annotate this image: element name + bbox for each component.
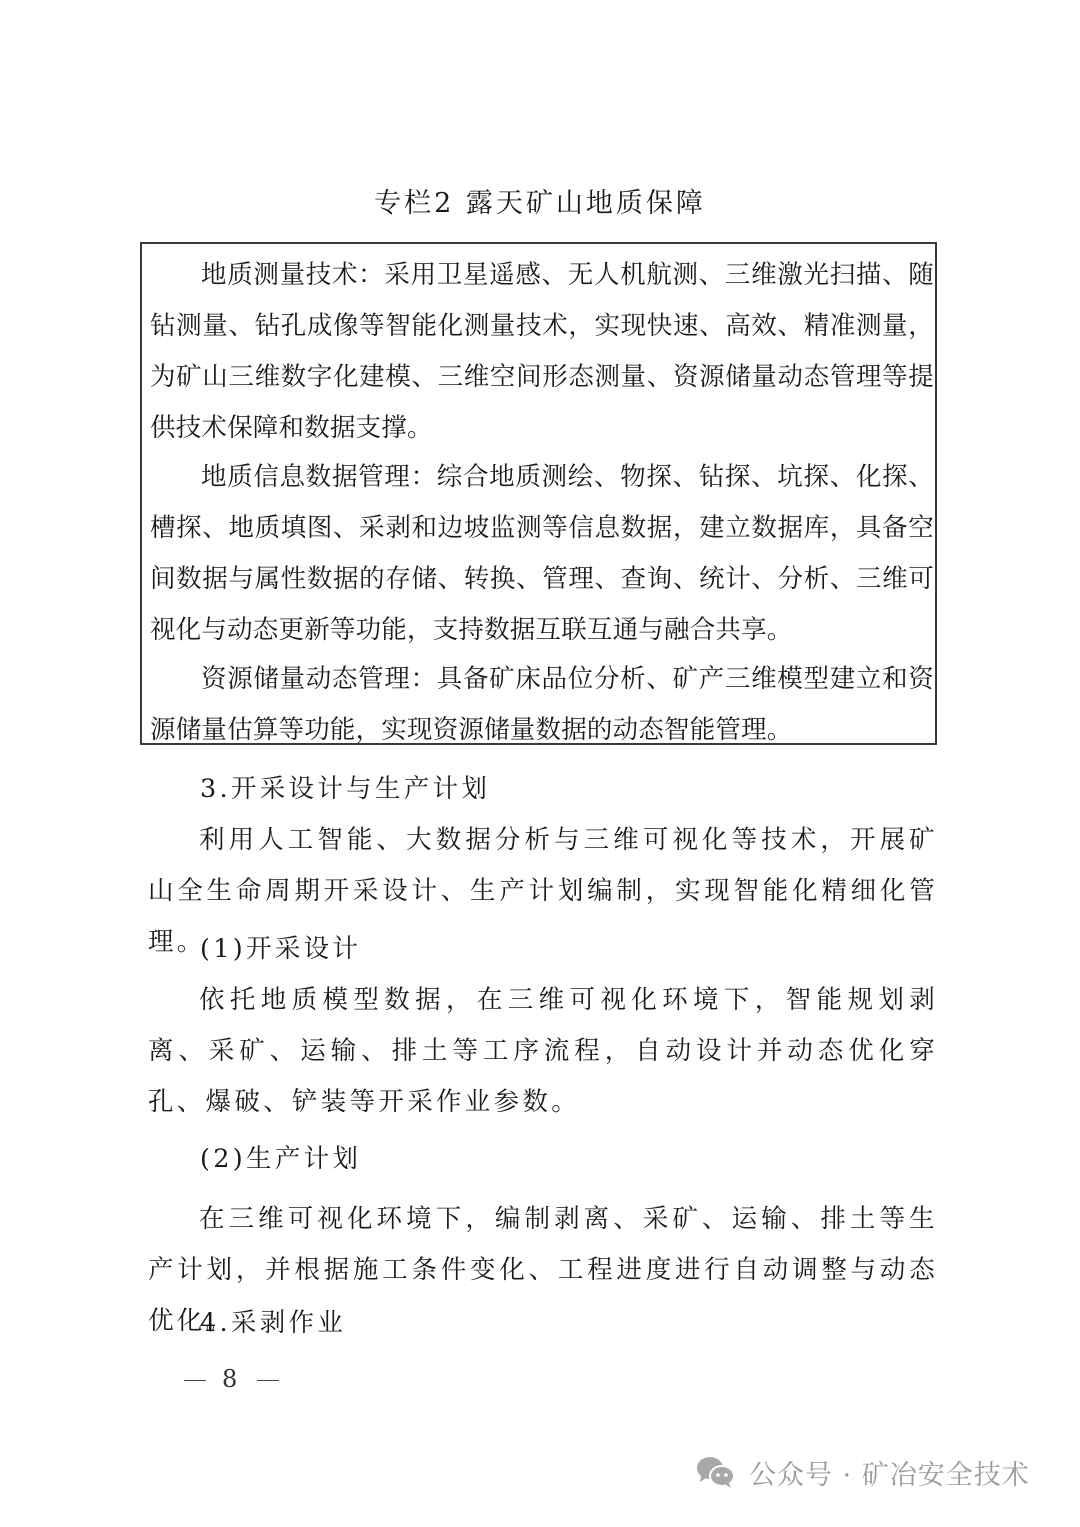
dash-right <box>257 1380 279 1381</box>
watermark-text: 公众号 · 矿冶安全技术 <box>749 1453 1030 1492</box>
dash-left <box>184 1380 206 1381</box>
column-title: 专栏2 露天矿山地质保障 <box>0 184 1080 224</box>
box-paragraph-geological-survey: 地质测量技术：采用卫星遥感、无人机航测、三维激光扫描、随钻测量、钻孔成像等智能化… <box>150 250 934 454</box>
box-paragraph-reserve-management: 资源储量动态管理：具备矿床品位分析、矿产三维模型建立和资源储量估算等功能，实现资… <box>150 654 934 756</box>
subsection-1-text: 依托地质模型数据，在三维可视化环境下，智能规划剥离、采矿、运输、排土等工序流程，… <box>148 975 938 1128</box>
subsection-2-heading: (2)生产计划 <box>200 1134 900 1185</box>
page-number: 8 <box>168 1364 295 1394</box>
box-paragraph-geological-data-management: 地质信息数据管理：综合地质测绘、物探、钻探、坑探、化探、槽探、地质填图、采剥和边… <box>150 452 934 656</box>
section-3-heading: 3.开采设计与生产计划 <box>200 764 900 815</box>
page-number-value: 8 <box>222 1365 241 1393</box>
column-box: 地质测量技术：采用卫星遥感、无人机航测、三维激光扫描、随钻测量、钻孔成像等智能化… <box>140 242 937 745</box>
section-4-heading: 4.采剥作业 <box>200 1298 900 1349</box>
wechat-icon <box>695 1454 737 1490</box>
watermark: 公众号 · 矿冶安全技术 <box>695 1452 1030 1492</box>
subsection-1-heading: (1)开采设计 <box>200 924 900 975</box>
